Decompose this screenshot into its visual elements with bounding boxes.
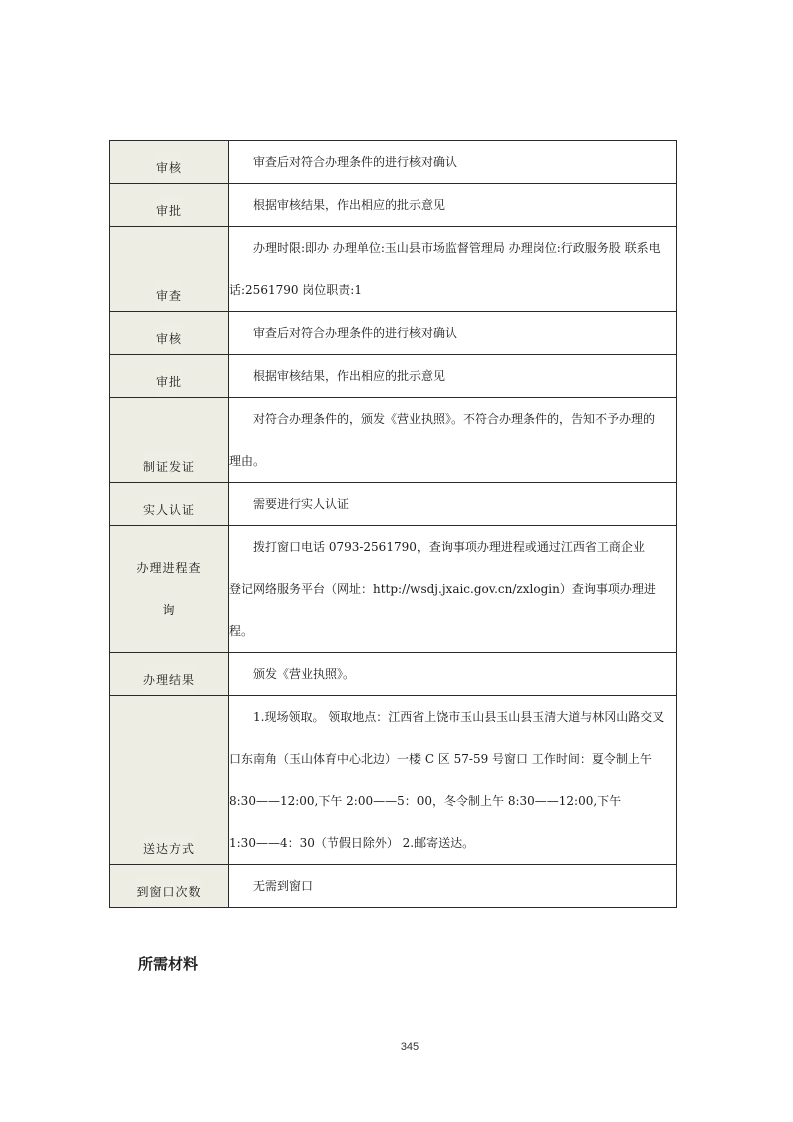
content-text: 无需到窗口	[253, 879, 313, 893]
table-row: 制证发证对符合办理条件的，颁发《营业执照》。不符合办理条件的，告知不予办理的理由…	[110, 398, 677, 483]
row-content-cell: 需要进行实人认证	[229, 483, 677, 526]
content-text: 审查后对符合办理条件的进行核对确认	[253, 155, 457, 169]
content-text: 颁发《营业执照》。	[253, 667, 355, 681]
content-line: 办理时限:即办 办理单位:玉山县市场监督管理局 办理岗位:行政服务股 联系电	[229, 227, 676, 269]
page-number: 345	[0, 1041, 793, 1053]
content-line: 审查后对符合办理条件的进行核对确认	[229, 312, 676, 354]
content-line: 1.现场领取。 领取地点：江西省上饶市玉山县玉山县玉清大道与林冈山路交叉	[229, 696, 676, 738]
table-row: 办理结果颁发《营业执照》。	[110, 653, 677, 696]
row-content-cell: 无需到窗口	[229, 865, 677, 908]
content-line: 理由。	[229, 440, 676, 482]
section-title-required-materials: 所需材料	[138, 953, 198, 974]
row-content-cell: 审查后对符合办理条件的进行核对确认	[229, 141, 677, 184]
content-text: 话:2561790 岗位职责:1	[229, 283, 362, 297]
row-label: 审核	[156, 324, 182, 354]
row-label-cell: 实人认证	[110, 483, 229, 526]
content-text: 拨打窗口电话 0793-2561790，查询事项办理进程或通过江西省工商企业	[253, 540, 645, 554]
content-text: 口东南角（玉山体育中心北边）一楼 C 区 57-59 号窗口 工作时间：夏令制上…	[229, 752, 652, 766]
row-label: 审核	[156, 153, 182, 183]
content-text: 对符合办理条件的，颁发《营业执照》。不符合办理条件的，告知不予办理的	[253, 412, 655, 426]
content-text: 1:30——4：30（节假日除外） 2.邮寄送达。	[229, 836, 474, 850]
row-label-line: 询	[110, 589, 228, 631]
table-row: 审批根据审核结果，作出相应的批示意见	[110, 184, 677, 227]
content-line: 需要进行实人认证	[229, 483, 676, 525]
content-text: 程。	[229, 624, 253, 638]
row-label: 办理结果	[143, 665, 195, 695]
row-content-cell: 拨打窗口电话 0793-2561790，查询事项办理进程或通过江西省工商企业登记…	[229, 526, 677, 653]
content-text: 8:30——12:00,下午 2:00——5：00，冬令制上午 8:30——12…	[229, 794, 621, 808]
row-label: 审批	[156, 196, 182, 226]
row-label-cell: 办理结果	[110, 653, 229, 696]
row-label: 审批	[156, 367, 182, 397]
row-content-cell: 根据审核结果，作出相应的批示意见	[229, 355, 677, 398]
row-content-cell: 1.现场领取。 领取地点：江西省上饶市玉山县玉山县玉清大道与林冈山路交叉口东南角…	[229, 696, 677, 865]
content-line: 审查后对符合办理条件的进行核对确认	[229, 141, 676, 183]
row-label: 实人认证	[143, 495, 195, 525]
table-row: 审查办理时限:即办 办理单位:玉山县市场监督管理局 办理岗位:行政服务股 联系电…	[110, 227, 677, 312]
row-content-cell: 颁发《营业执照》。	[229, 653, 677, 696]
row-label: 送达方式	[143, 834, 195, 864]
content-line: 根据审核结果，作出相应的批示意见	[229, 184, 676, 226]
content-line: 话:2561790 岗位职责:1	[229, 269, 676, 311]
table-row: 审核审查后对符合办理条件的进行核对确认	[110, 312, 677, 355]
row-content-cell: 办理时限:即办 办理单位:玉山县市场监督管理局 办理岗位:行政服务股 联系电话:…	[229, 227, 677, 312]
row-label-cell: 审核	[110, 141, 229, 184]
row-label-cell: 审批	[110, 355, 229, 398]
document-page: 审核审查后对符合办理条件的进行核对确认审批根据审核结果，作出相应的批示意见审查办…	[0, 0, 793, 1122]
content-line: 8:30——12:00,下午 2:00——5：00，冬令制上午 8:30——12…	[229, 780, 676, 822]
row-label-cell: 办理进程查询	[110, 526, 229, 653]
content-line: 口东南角（玉山体育中心北边）一楼 C 区 57-59 号窗口 工作时间：夏令制上…	[229, 738, 676, 780]
content-line: 无需到窗口	[229, 865, 676, 907]
content-text: 根据审核结果，作出相应的批示意见	[253, 198, 445, 212]
row-label: 审查	[156, 281, 182, 311]
content-line: 根据审核结果，作出相应的批示意见	[229, 355, 676, 397]
content-line: 颁发《营业执照》。	[229, 653, 676, 695]
row-content-cell: 根据审核结果，作出相应的批示意见	[229, 184, 677, 227]
row-label: 到窗口次数	[136, 877, 201, 907]
row-label: 制证发证	[143, 452, 195, 482]
content-line: 1:30——4：30（节假日除外） 2.邮寄送达。	[229, 822, 676, 864]
procedure-table: 审核审查后对符合办理条件的进行核对确认审批根据审核结果，作出相应的批示意见审查办…	[109, 140, 677, 908]
content-text: 理由。	[229, 454, 265, 468]
content-text: 根据审核结果，作出相应的批示意见	[253, 369, 445, 383]
content-line: 登记网络服务平台（网址：http://wsdj.jxaic.gov.cn/zxl…	[229, 568, 676, 610]
content-text: 需要进行实人认证	[253, 497, 349, 511]
table-row: 送达方式1.现场领取。 领取地点：江西省上饶市玉山县玉山县玉清大道与林冈山路交叉…	[110, 696, 677, 865]
row-content-cell: 审查后对符合办理条件的进行核对确认	[229, 312, 677, 355]
content-text: 登记网络服务平台（网址：http://wsdj.jxaic.gov.cn/zxl…	[229, 582, 656, 596]
row-content-cell: 对符合办理条件的，颁发《营业执照》。不符合办理条件的，告知不予办理的理由。	[229, 398, 677, 483]
content-text: 1.现场领取。 领取地点：江西省上饶市玉山县玉山县玉清大道与林冈山路交叉	[253, 710, 664, 724]
row-label-cell: 制证发证	[110, 398, 229, 483]
row-label-cell: 审查	[110, 227, 229, 312]
table-row: 审核审查后对符合办理条件的进行核对确认	[110, 141, 677, 184]
row-label-line: 办理进程查	[110, 547, 228, 589]
content-line: 程。	[229, 610, 676, 652]
content-text: 办理时限:即办 办理单位:玉山县市场监督管理局 办理岗位:行政服务股 联系电	[253, 241, 661, 255]
content-line: 拨打窗口电话 0793-2561790，查询事项办理进程或通过江西省工商企业	[229, 526, 676, 568]
row-label-cell: 送达方式	[110, 696, 229, 865]
content-line: 对符合办理条件的，颁发《营业执照》。不符合办理条件的，告知不予办理的	[229, 398, 676, 440]
table-row: 办理进程查询拨打窗口电话 0793-2561790，查询事项办理进程或通过江西省…	[110, 526, 677, 653]
table-row: 到窗口次数无需到窗口	[110, 865, 677, 908]
row-label-cell: 到窗口次数	[110, 865, 229, 908]
content-text: 审查后对符合办理条件的进行核对确认	[253, 326, 457, 340]
row-label-cell: 审批	[110, 184, 229, 227]
table-row: 实人认证需要进行实人认证	[110, 483, 677, 526]
row-label-cell: 审核	[110, 312, 229, 355]
table-row: 审批根据审核结果，作出相应的批示意见	[110, 355, 677, 398]
